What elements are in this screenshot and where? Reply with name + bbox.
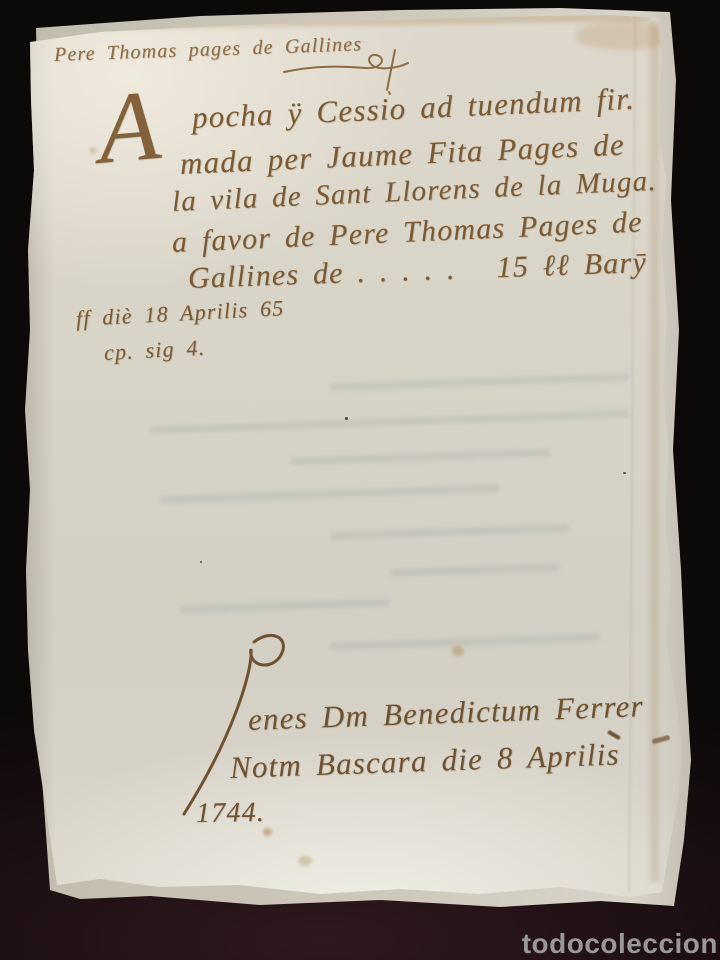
foxing-stain (263, 828, 272, 836)
site-watermark: todocoleccion (522, 928, 718, 960)
manuscript-page: Pere Thomas pages de Gallines A pocha ÿ … (0, 0, 720, 960)
show-through-line (330, 633, 600, 650)
show-through-line (160, 484, 500, 504)
marginal-date-note: ff diè 18 Aprilis 65 (75, 295, 285, 332)
closing-line: enes Dm Benedictum Ferrer (247, 688, 644, 738)
paper-speck (623, 472, 626, 474)
show-through-line (390, 563, 560, 577)
marginal-signature-note: cp. sig 4. (103, 335, 206, 366)
paper-speck (200, 561, 202, 563)
vertical-fold-crease (626, 18, 636, 892)
aged-edge-right (650, 22, 659, 882)
paper-speck (345, 417, 348, 420)
drop-cap-initial: A (94, 75, 164, 180)
foxing-stain (452, 646, 464, 656)
year-notation: 1744. (196, 797, 266, 830)
show-through-line (180, 598, 390, 613)
rubric-flourish-icon (282, 46, 417, 96)
show-through-line (330, 373, 630, 391)
show-through-line (150, 410, 630, 435)
foxing-stain (298, 856, 312, 866)
foxing-stain (90, 148, 96, 153)
photo-of-manuscript: Pere Thomas pages de Gallines A pocha ÿ … (0, 0, 720, 960)
show-through-line (330, 524, 570, 540)
show-through-line (290, 448, 550, 465)
corner-toning (575, 22, 670, 50)
